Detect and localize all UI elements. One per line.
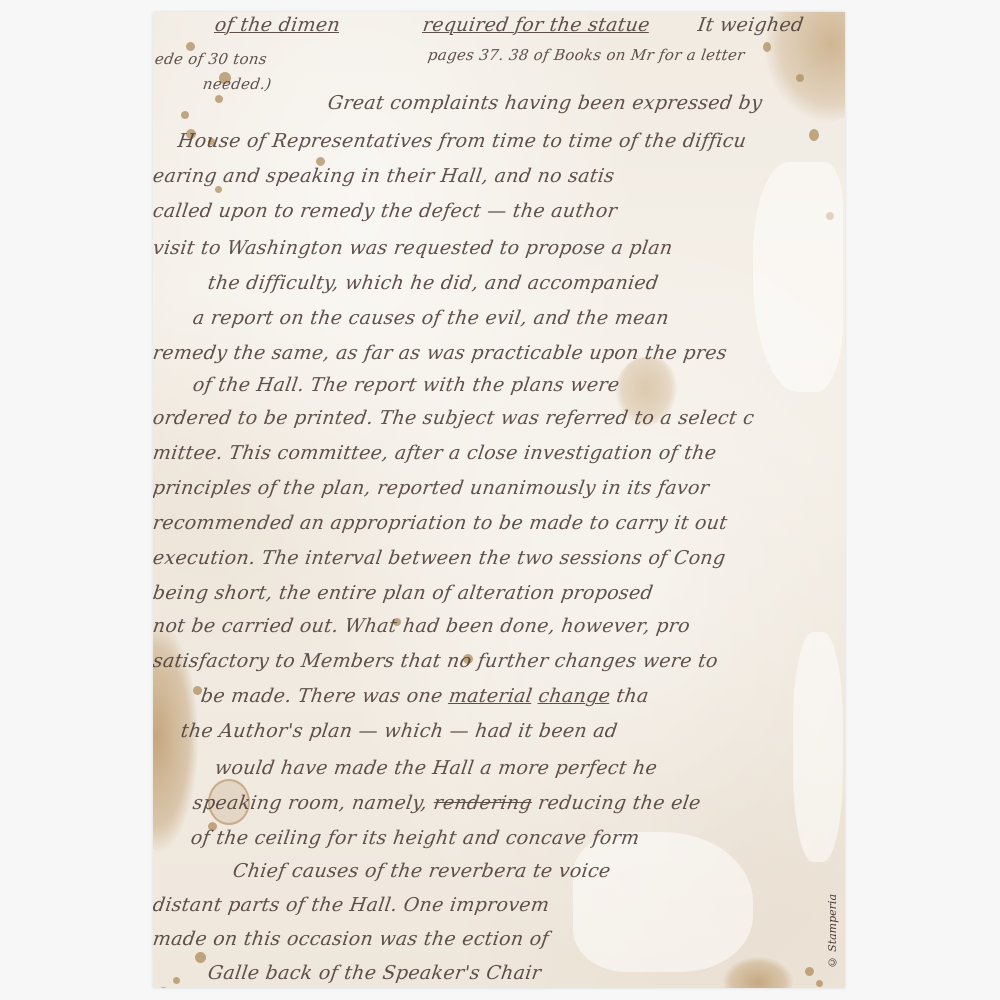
manuscript-line: recommended an appropriation to be made …: [153, 512, 729, 534]
manuscript-line: made on this occasion was the ection of: [153, 928, 550, 950]
ink-spot: [796, 74, 804, 82]
ink-spot: [805, 967, 814, 976]
paper-peel: [793, 632, 843, 862]
coffee-stain-bottom-right: [723, 957, 793, 988]
manuscript-line-with-strike: speaking room, namely, rendering reducin…: [191, 792, 702, 814]
manuscript-line: Chief causes of the reverbera te voice: [231, 860, 612, 882]
underlined-word: material: [448, 685, 534, 707]
ink-spot: [215, 186, 222, 193]
header-right: It weighed: [696, 14, 805, 36]
manuscript-page: of the dimen required for the statue It …: [153, 12, 845, 988]
underlined-word: change: [537, 685, 612, 707]
ink-spot: [159, 987, 168, 988]
manuscript-line: visit to Washington was requested to pro…: [153, 237, 674, 259]
manuscript-line: Galle back of the Speaker's Chair: [206, 962, 542, 984]
manuscript-line: satisfactory to Members that no further …: [153, 650, 719, 672]
ink-spot: [195, 952, 206, 963]
paper-peel: [753, 162, 843, 392]
manuscript-line: earing and speaking in their Hall, and n…: [153, 165, 616, 187]
struck-word: rendering: [432, 792, 533, 814]
ink-spot: [181, 111, 189, 119]
header-center: required for the statue: [421, 14, 651, 36]
paper-peel: [573, 832, 753, 972]
ink-spot: [809, 129, 819, 141]
ink-spot: [173, 977, 180, 984]
manuscript-line: the difficulty, which he did, and accomp…: [206, 272, 660, 294]
manuscript-line: of the ceiling for its height and concav…: [189, 827, 640, 849]
header-note: needed.): [202, 75, 273, 93]
line-text: reducing the ele: [530, 792, 702, 814]
copyright-mark: © Stamperia: [826, 894, 839, 968]
manuscript-line-with-underline: be made. There was one material change t…: [199, 685, 650, 707]
manuscript-line: mittee. This committee, after a close in…: [153, 442, 718, 464]
manuscript-line: a report on the causes of the evil, and …: [191, 307, 670, 329]
manuscript-line: being short, the entire plan of alterati…: [153, 582, 655, 604]
manuscript-line: remedy the same, as far as was practicab…: [153, 342, 728, 364]
line-text: be made. There was one: [199, 685, 450, 707]
ink-spot: [763, 42, 771, 52]
ink-spot: [215, 95, 223, 103]
manuscript-line: ordered to be printed. The subject was r…: [153, 407, 756, 429]
manuscript-line: distant parts of the Hall. One improvem: [153, 894, 551, 916]
manuscript-line: House of Representatives from time to ti…: [176, 130, 747, 152]
ink-spot: [826, 212, 834, 220]
manuscript-line: the Author's plan — which — had it been …: [179, 720, 619, 742]
manuscript-line: would have made the Hall a more perfect …: [213, 757, 658, 779]
manuscript-line: Great complaints having been expressed b…: [326, 92, 763, 114]
manuscript-line: execution. The interval between the two …: [153, 547, 727, 569]
manuscript-line: of the Hall. The report with the plans w…: [191, 374, 621, 396]
header-sub-left: ede of 30 tons: [154, 50, 268, 68]
manuscript-line: called upon to remedy the defect — the a…: [153, 200, 619, 222]
line-text: speaking room, namely,: [191, 792, 435, 814]
manuscript-line: not be carried out. What had been done, …: [153, 615, 692, 637]
line-text: tha: [609, 685, 651, 707]
manuscript-line: principles of the plan, reported unanimo…: [153, 477, 711, 499]
ink-spot: [816, 980, 823, 987]
header-left: of the dimen: [213, 14, 341, 36]
header-sub-right: pages 37. 38 of Books on Mr for a letter: [427, 46, 746, 64]
